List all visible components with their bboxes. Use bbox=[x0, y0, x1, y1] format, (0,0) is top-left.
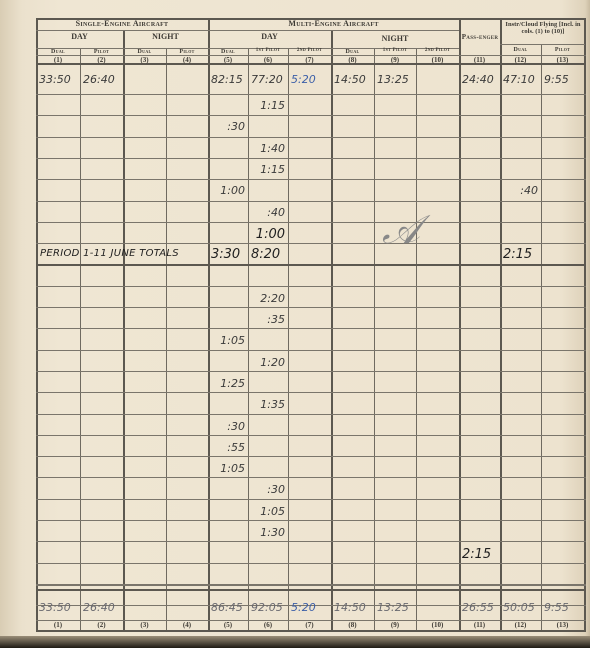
period-totals-label: Period 1-11 June Totals bbox=[40, 249, 179, 259]
entry-11-c6: :35 bbox=[251, 314, 285, 325]
subhdr-c2: Pilot bbox=[80, 49, 123, 55]
entry-7-c6: 1:00 bbox=[251, 228, 285, 241]
period-total-c6: 8:20 bbox=[251, 248, 285, 261]
entry-5-c5: 1:00 bbox=[211, 185, 245, 196]
brought-forward-c5: 82:15 bbox=[211, 74, 245, 85]
entry-13-c6: 1:20 bbox=[251, 357, 285, 368]
column-number-10: (10) bbox=[416, 621, 459, 629]
column-number-12: (12) bbox=[500, 56, 541, 64]
column-number-1: (1) bbox=[36, 621, 80, 629]
entry-15-c6: 1:35 bbox=[251, 399, 285, 410]
header-passenger: Pass-enger bbox=[460, 34, 500, 41]
entry-5-c12: :40 bbox=[503, 185, 538, 196]
logbook-page: Single-Engine Aircraft Multi-Engine Airc… bbox=[0, 0, 590, 648]
subhdr-c1: Dual bbox=[36, 49, 80, 55]
header-me-night: NIGHT bbox=[331, 35, 459, 43]
entry-6-c6: :40 bbox=[251, 207, 285, 218]
totals-carried-c11: 26:55 bbox=[462, 602, 497, 613]
column-number-13: (13) bbox=[541, 621, 584, 629]
brought-forward-c6: 77:20 bbox=[251, 74, 285, 85]
column-number-3: (3) bbox=[123, 56, 166, 64]
brought-forward-c1: 33:50 bbox=[39, 74, 77, 85]
entry-3-c6: 1:40 bbox=[251, 143, 285, 154]
brought-forward-c11: 24:40 bbox=[462, 74, 497, 85]
column-number-12: (12) bbox=[500, 621, 541, 629]
header-me-day: DAY bbox=[208, 33, 331, 41]
header-se-night: NIGHT bbox=[123, 33, 208, 41]
entry-21-c6: 1:30 bbox=[251, 527, 285, 538]
brought-forward-c8: 14:50 bbox=[334, 74, 371, 85]
entry-12-c5: 1:05 bbox=[211, 335, 245, 346]
brought-forward-c12: 47:10 bbox=[503, 74, 538, 85]
column-number-7: (7) bbox=[288, 621, 331, 629]
entry-20-c6: 1:05 bbox=[251, 506, 285, 517]
brought-forward-c2: 26:40 bbox=[83, 74, 120, 85]
totals-carried-c12: 50:05 bbox=[503, 602, 538, 613]
totals-carried-c1: 33:50 bbox=[39, 602, 77, 613]
entry-19-c6: :30 bbox=[251, 484, 285, 495]
column-number-1: (1) bbox=[36, 56, 80, 64]
column-number-3: (3) bbox=[123, 621, 166, 629]
column-number-10: (10) bbox=[416, 56, 459, 64]
brought-forward-c13: 9:55 bbox=[544, 74, 581, 85]
totals-carried-c5: 86:45 bbox=[211, 602, 245, 613]
header-single-engine: Single-Engine Aircraft bbox=[36, 20, 208, 28]
column-number-6: (6) bbox=[248, 621, 288, 629]
column-number-11: (11) bbox=[459, 56, 500, 64]
column-number-9: (9) bbox=[374, 56, 416, 64]
header-multi-engine: Multi-Engine Aircraft bbox=[208, 20, 459, 28]
header-se-day: DAY bbox=[36, 33, 123, 41]
subhdr-c7: 2nd Pilot bbox=[288, 48, 331, 53]
brought-forward-c9: 13:25 bbox=[377, 74, 413, 85]
subhdr-c13: Pilot bbox=[541, 47, 584, 53]
column-number-8: (8) bbox=[331, 56, 374, 64]
page-edge-shadow bbox=[0, 636, 590, 648]
entry-4-c6: 1:15 bbox=[251, 164, 285, 175]
entry-22-c11: 2:15 bbox=[462, 548, 497, 561]
column-number-5: (5) bbox=[208, 621, 248, 629]
totals-carried-c7: 5:20 bbox=[291, 602, 328, 613]
header-instr-cloud: Instr/Cloud Flying [Incl. in cols. (1) t… bbox=[502, 22, 584, 35]
column-number-5: (5) bbox=[208, 56, 248, 64]
entry-17-c5: :55 bbox=[211, 442, 245, 453]
subhdr-c6: 1st Pilot bbox=[248, 48, 288, 53]
totals-carried-c8: 14:50 bbox=[334, 602, 371, 613]
column-number-2: (2) bbox=[80, 56, 123, 64]
entry-10-c6: 2:20 bbox=[251, 293, 285, 304]
subhdr-c4: Pilot bbox=[166, 49, 208, 55]
period-total-c5: 3:30 bbox=[211, 248, 245, 261]
column-number-6: (6) bbox=[248, 56, 288, 64]
pencil-scribble-mark: 𝒜 bbox=[382, 210, 402, 260]
subhdr-c8: Dual bbox=[331, 49, 374, 55]
column-number-4: (4) bbox=[166, 56, 208, 64]
totals-carried-c13: 9:55 bbox=[544, 602, 581, 613]
column-number-9: (9) bbox=[374, 621, 416, 629]
entry-16-c5: :30 bbox=[211, 421, 245, 432]
column-number-2: (2) bbox=[80, 621, 123, 629]
entry-14-c5: 1:25 bbox=[211, 378, 245, 389]
brought-forward-c7: 5:20 bbox=[291, 74, 328, 85]
subhdr-c12: Dual bbox=[500, 47, 541, 53]
column-number-7: (7) bbox=[288, 56, 331, 64]
totals-carried-c9: 13:25 bbox=[377, 602, 413, 613]
entry-1-c6: 1:15 bbox=[251, 100, 285, 111]
subhdr-c5: Dual bbox=[208, 49, 248, 55]
column-number-13: (13) bbox=[541, 56, 584, 64]
logbook-grid: Single-Engine Aircraft Multi-Engine Airc… bbox=[36, 18, 586, 631]
subhdr-c9: 1st Pilot bbox=[374, 48, 416, 53]
subhdr-c10: 2nd Pilot bbox=[416, 48, 459, 53]
totals-carried-c2: 26:40 bbox=[83, 602, 120, 613]
entry-18-c5: 1:05 bbox=[211, 463, 245, 474]
entry-2-c5: :30 bbox=[211, 121, 245, 132]
subhdr-c3: Dual bbox=[123, 49, 166, 55]
column-number-11: (11) bbox=[459, 621, 500, 629]
column-number-8: (8) bbox=[331, 621, 374, 629]
column-number-4: (4) bbox=[166, 621, 208, 629]
period-total-c12: 2:15 bbox=[503, 248, 538, 261]
totals-carried-c6: 92:05 bbox=[251, 602, 285, 613]
